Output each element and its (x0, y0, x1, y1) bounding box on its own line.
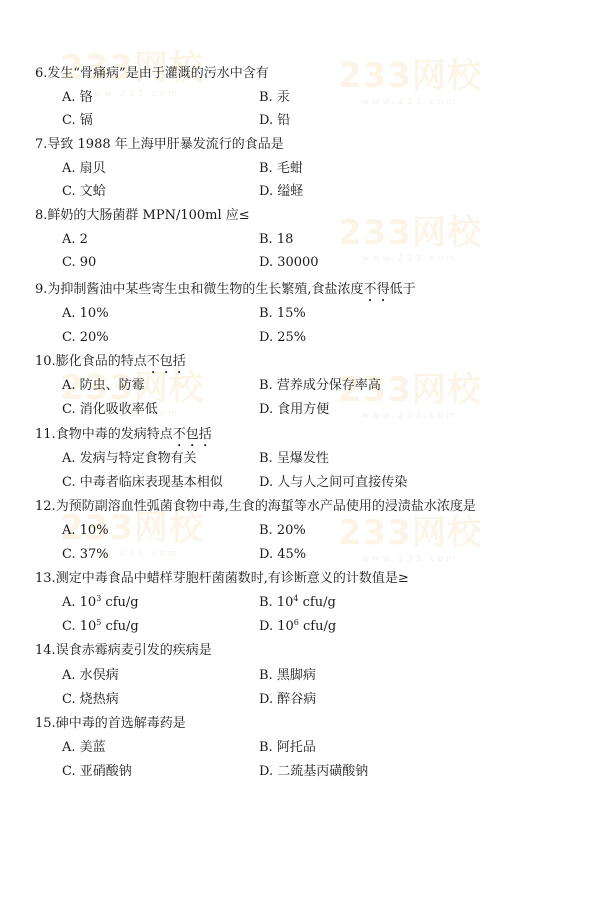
emphasis-char: 不 (364, 282, 377, 297)
question-8-option-c: C. 90 (62, 255, 96, 271)
question-7-option-d: D. 缢蛏 (259, 184, 303, 200)
emphasis-char: 包 (186, 427, 199, 442)
watermark-logo: 233网校www.233.com (338, 48, 482, 107)
question-13-option-c: C. 105 cfu/g (62, 619, 139, 635)
emphasis-char: 不 (173, 427, 186, 442)
question-15-option-a: A. 美蓝 (62, 740, 106, 756)
question-14-option-d: D. 醉谷病 (259, 692, 316, 708)
exam-page: 233网校www.233.com 233网校www.233.com 233网校w… (0, 0, 600, 922)
question-15-option-c: C. 亚硝酸钠 (62, 764, 132, 780)
question-14-option-c: C. 烧热病 (62, 692, 119, 708)
question-14-option-a: A. 水俣病 (62, 668, 119, 684)
question-8-option-b: B. 18 (259, 232, 293, 248)
question-13-option-a: A. 103 cfu/g (62, 595, 139, 611)
watermark-logo: 233网校www.233.com (338, 205, 482, 264)
question-13-option-d: D. 106 cfu/g (259, 619, 336, 635)
question-9-option-c: C. 20% (62, 330, 109, 346)
question-10-option-c: C. 消化吸收率低 (62, 402, 158, 418)
emphasis-char: 括 (173, 354, 186, 369)
question-6-option-d: D. 铅 (259, 113, 290, 129)
question-10-option-b: B. 营养成分保存率高 (259, 378, 381, 394)
question-15-stem: 15.砷中毒的首选解毒药是 (35, 716, 186, 732)
question-12-option-b: B. 20% (259, 523, 306, 539)
question-11-stem: 11.食物中毒的发病特点不包括 (35, 427, 212, 443)
question-8-option-a: A. 2 (62, 232, 88, 248)
question-7-stem: 7.导致 1988 年上海甲肝暴发流行的食品是 (35, 137, 284, 153)
question-8-option-d: D. 30000 (259, 255, 319, 271)
question-11-option-b: B. 呈爆发性 (259, 451, 329, 467)
question-15-option-d: D. 二巯基丙磺酸钠 (259, 764, 368, 780)
question-9-option-d: D. 25% (259, 330, 306, 346)
question-14-stem: 14.误食赤霉病麦引发的疾病是 (35, 643, 212, 659)
question-13-option-b: B. 104 cfu/g (259, 595, 336, 611)
question-11-option-d: D. 人与人之间可直接传染 (259, 475, 407, 491)
question-15-option-b: B. 阿托品 (259, 740, 316, 756)
question-6-option-c: C. 镉 (62, 113, 93, 129)
question-7-option-a: A. 扇贝 (62, 161, 106, 177)
question-12-stem: 12.为预防副溶血性弧菌食物中毒,生食的海蜇等水产品使用的浸渍盐水浓度是 (35, 499, 476, 515)
question-14-option-b: B. 黑脚病 (259, 668, 316, 684)
emphasis-char: 不 (147, 354, 160, 369)
question-11-option-a: A. 发病与特定食物有关 (62, 451, 197, 467)
question-10-stem: 10.膨化食品的特点不包括 (35, 354, 186, 370)
question-9-stem: 9.为抑制酱油中某些寄生虫和微生物的生长繁殖,食盐浓度不得低于 (35, 282, 416, 298)
emphasis-char: 包 (160, 354, 173, 369)
question-9-option-b: B. 15% (259, 306, 306, 322)
question-12-option-c: C. 37% (62, 547, 109, 563)
question-11-option-c: C. 中毒者临床表现基本相似 (62, 475, 223, 491)
question-7-option-c: C. 文蛤 (62, 184, 106, 200)
question-13-stem: 13.测定中毒食品中蜡样芽胞杆菌菌数时,有诊断意义的计数值是≥ (35, 571, 409, 587)
question-6-stem: 6.发生“骨痛病”是由于灌溉的污水中含有 (35, 66, 269, 82)
question-10-option-d: D. 食用方便 (259, 402, 329, 418)
question-12-option-d: D. 45% (259, 547, 306, 563)
question-7-option-b: B. 毛蚶 (259, 161, 303, 177)
question-6-option-a: A. 铬 (62, 90, 93, 106)
question-9-option-a: A. 10% (62, 306, 109, 322)
question-10-option-a: A. 防虫、防霉 (62, 378, 145, 394)
question-12-option-a: A. 10% (62, 523, 109, 539)
emphasis-char: 括 (199, 427, 212, 442)
question-8-stem: 8.鲜奶的大肠菌群 MPN/100ml 应≤ (35, 208, 250, 224)
question-6-option-b: B. 汞 (259, 90, 290, 106)
emphasis-char: 得 (377, 282, 390, 297)
